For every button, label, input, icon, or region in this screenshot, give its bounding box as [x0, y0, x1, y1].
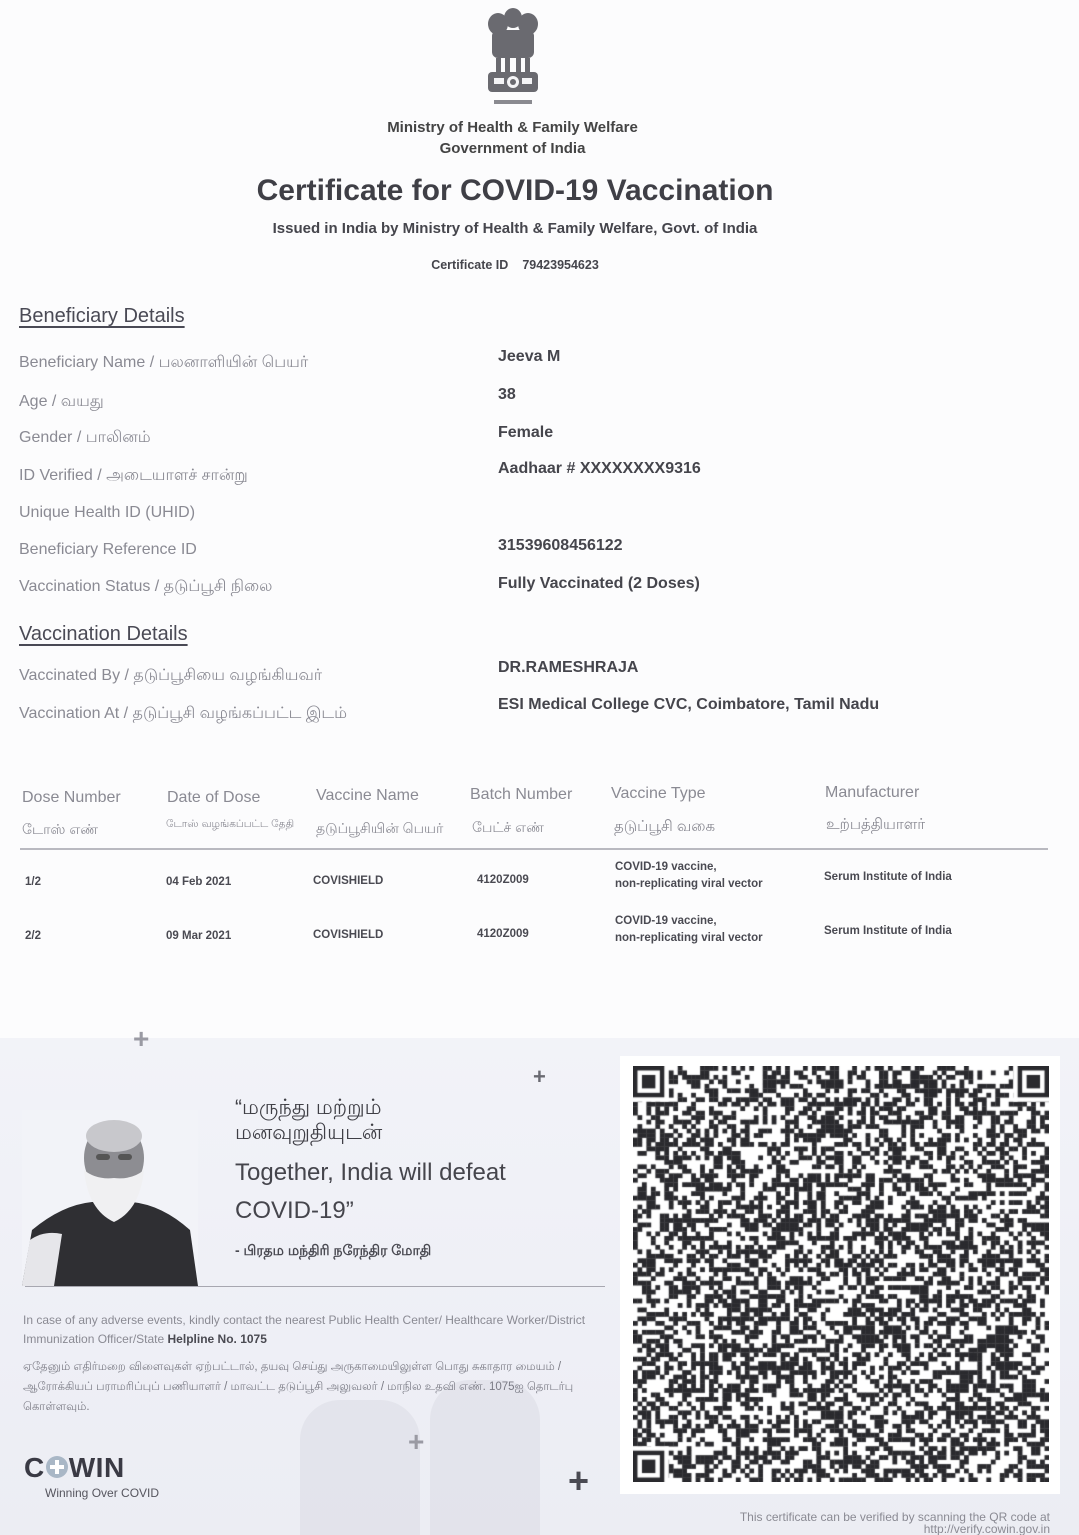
certificate-id-value: 79423954623 — [522, 258, 598, 272]
certificate-id: Certificate ID79423954623 — [0, 258, 1030, 272]
verification-qr-code — [633, 1066, 1049, 1482]
col-vaccine-name: Vaccine Name — [316, 787, 419, 805]
certificate-id-label: Certificate ID — [431, 258, 508, 272]
beneficiary-name-label: Beneficiary Name / பலனாளியின் பெயர் — [19, 353, 308, 373]
col-vaccine-type: Vaccine Type — [611, 785, 706, 803]
panel-divider — [25, 1286, 605, 1287]
plus-decoration-icon: + — [408, 1428, 424, 1456]
vaccination-at-label: Vaccination At / தடுப்பூசி வழங்கப்பட்ட இ… — [19, 704, 347, 724]
reference-id-label: Beneficiary Reference ID — [19, 541, 197, 559]
pm-portrait-image — [22, 1110, 198, 1286]
col-dose-number: Dose Number — [22, 789, 121, 807]
quote-tamil-line1: “மருந்து மற்றும் — [235, 1095, 382, 1120]
col-date-of-dose-ta: டோஸ் வழங்கப்பட்ட தேதி — [166, 818, 301, 830]
cowin-logo-c: C — [24, 1452, 45, 1483]
issued-by: Issued in India by Ministry of Health & … — [0, 220, 1030, 237]
id-verified-label: ID Verified / அடையாளச் சான்று — [19, 466, 248, 486]
col-batch-number: Batch Number — [470, 786, 572, 804]
beneficiary-details-heading: Beneficiary Details — [19, 305, 185, 328]
vaccine-type-line2: non-replicating viral vector — [615, 930, 763, 947]
verify-url: http://verify.cowin.gov.in — [600, 1523, 1050, 1535]
col-vaccine-type-ta: தடுப்பூசி வகை — [614, 820, 715, 833]
vaccine-type-cell: COVID-19 vaccine, non-replicating viral … — [615, 859, 763, 893]
adverse-event-advice-tamil: ஏதேனும் எதிர்மறை விளைவுகள் ஏற்பட்டால், த… — [23, 1357, 603, 1417]
quote-english: Together, India will defeat COVID-19” — [235, 1154, 506, 1230]
beneficiary-name-value: Jeeva M — [498, 348, 560, 366]
batch-cell: 4120Z009 — [477, 928, 529, 940]
ministry-name: Ministry of Health & Family Welfare Gove… — [0, 117, 1025, 159]
cowin-tagline: Winning Over COVID — [45, 1486, 159, 1500]
plus-decoration-icon: + — [533, 1066, 546, 1088]
cowin-logo-rest: WIN — [69, 1452, 125, 1483]
table-divider — [20, 848, 1048, 850]
col-date-of-dose: Date of Dose — [167, 789, 260, 807]
uhid-label: Unique Health ID (UHID) — [19, 504, 195, 522]
dose-number-cell: 1/2 — [25, 876, 41, 888]
age-label: Age / வயது — [19, 392, 104, 412]
quote-english-line2: COVID-19” — [235, 1192, 506, 1230]
vaccination-at-value: ESI Medical College CVC, Coimbatore, Tam… — [498, 696, 879, 714]
medical-cross-icon — [46, 1456, 68, 1478]
government-line: Government of India — [0, 138, 1025, 159]
certificate-title: Certificate for COVID-19 Vaccination — [0, 174, 1030, 208]
manufacturer-cell: Serum Institute of India — [824, 871, 952, 883]
gender-label: Gender / பாலினம் — [19, 428, 151, 448]
vaccination-status-label: Vaccination Status / தடுப்பூசி நிலை — [19, 577, 272, 597]
manufacturer-cell: Serum Institute of India — [824, 925, 952, 937]
quote-tamil: “மருந்து மற்றும் மனவுறுதியுடன் — [235, 1095, 382, 1145]
vaccine-type-line1: COVID-19 vaccine, — [615, 859, 763, 876]
col-manufacturer: Manufacturer — [825, 784, 919, 802]
background-figure — [300, 1400, 420, 1535]
age-value: 38 — [498, 386, 516, 404]
quote-english-line1: Together, India will defeat — [235, 1154, 506, 1192]
date-cell: 04 Feb 2021 — [166, 876, 231, 888]
plus-decoration-icon: + — [133, 1025, 149, 1053]
cowin-logo: CWIN — [24, 1452, 125, 1484]
vaccine-type-line2: non-replicating viral vector — [615, 876, 763, 893]
vaccination-status-value: Fully Vaccinated (2 Doses) — [498, 575, 700, 593]
col-vaccine-name-ta: தடுப்பூசியின் பெயர் — [316, 822, 443, 835]
quote-tamil-line2: மனவுறுதியுடன் — [235, 1120, 382, 1145]
vaccine-name-cell: COVISHIELD — [313, 929, 383, 941]
id-verified-value: Aadhaar # XXXXXXXX9316 — [498, 460, 701, 478]
vaccinated-by-value: DR.RAMESHRAJA — [498, 659, 638, 677]
helpline-number: Helpline No. 1075 — [168, 1332, 267, 1346]
reference-id-value: 31539608456122 — [498, 537, 623, 555]
vaccine-name-cell: COVISHIELD — [313, 875, 383, 887]
ministry-line: Ministry of Health & Family Welfare — [0, 117, 1025, 138]
col-manufacturer-ta: உற்பத்தியாளர் — [826, 818, 925, 831]
adverse-event-advice: In case of any adverse events, kindly co… — [23, 1311, 603, 1349]
vaccine-type-cell: COVID-19 vaccine, non-replicating viral … — [615, 913, 763, 947]
national-emblem-icon — [480, 4, 546, 110]
date-cell: 09 Mar 2021 — [166, 930, 231, 942]
vaccinated-by-label: Vaccinated By / தடுப்பூசியை வழங்கியவர் — [19, 666, 322, 686]
gender-value: Female — [498, 424, 553, 442]
dose-number-cell: 2/2 — [25, 930, 41, 942]
quote-attribution: - பிரதம மந்திரி நரேந்திர மோதி — [235, 1242, 431, 1261]
col-dose-number-ta: டோஸ் எண் — [22, 823, 98, 836]
verification-note: This certificate can be verified by scan… — [600, 1511, 1050, 1535]
vaccination-details-heading: Vaccination Details — [19, 623, 188, 646]
plus-decoration-icon: + — [568, 1463, 589, 1499]
col-batch-number-ta: பேட்ச் எண் — [472, 821, 544, 834]
advice-text: In case of any adverse events, kindly co… — [23, 1313, 585, 1346]
vaccine-type-line1: COVID-19 vaccine, — [615, 913, 763, 930]
batch-cell: 4120Z009 — [477, 874, 529, 886]
